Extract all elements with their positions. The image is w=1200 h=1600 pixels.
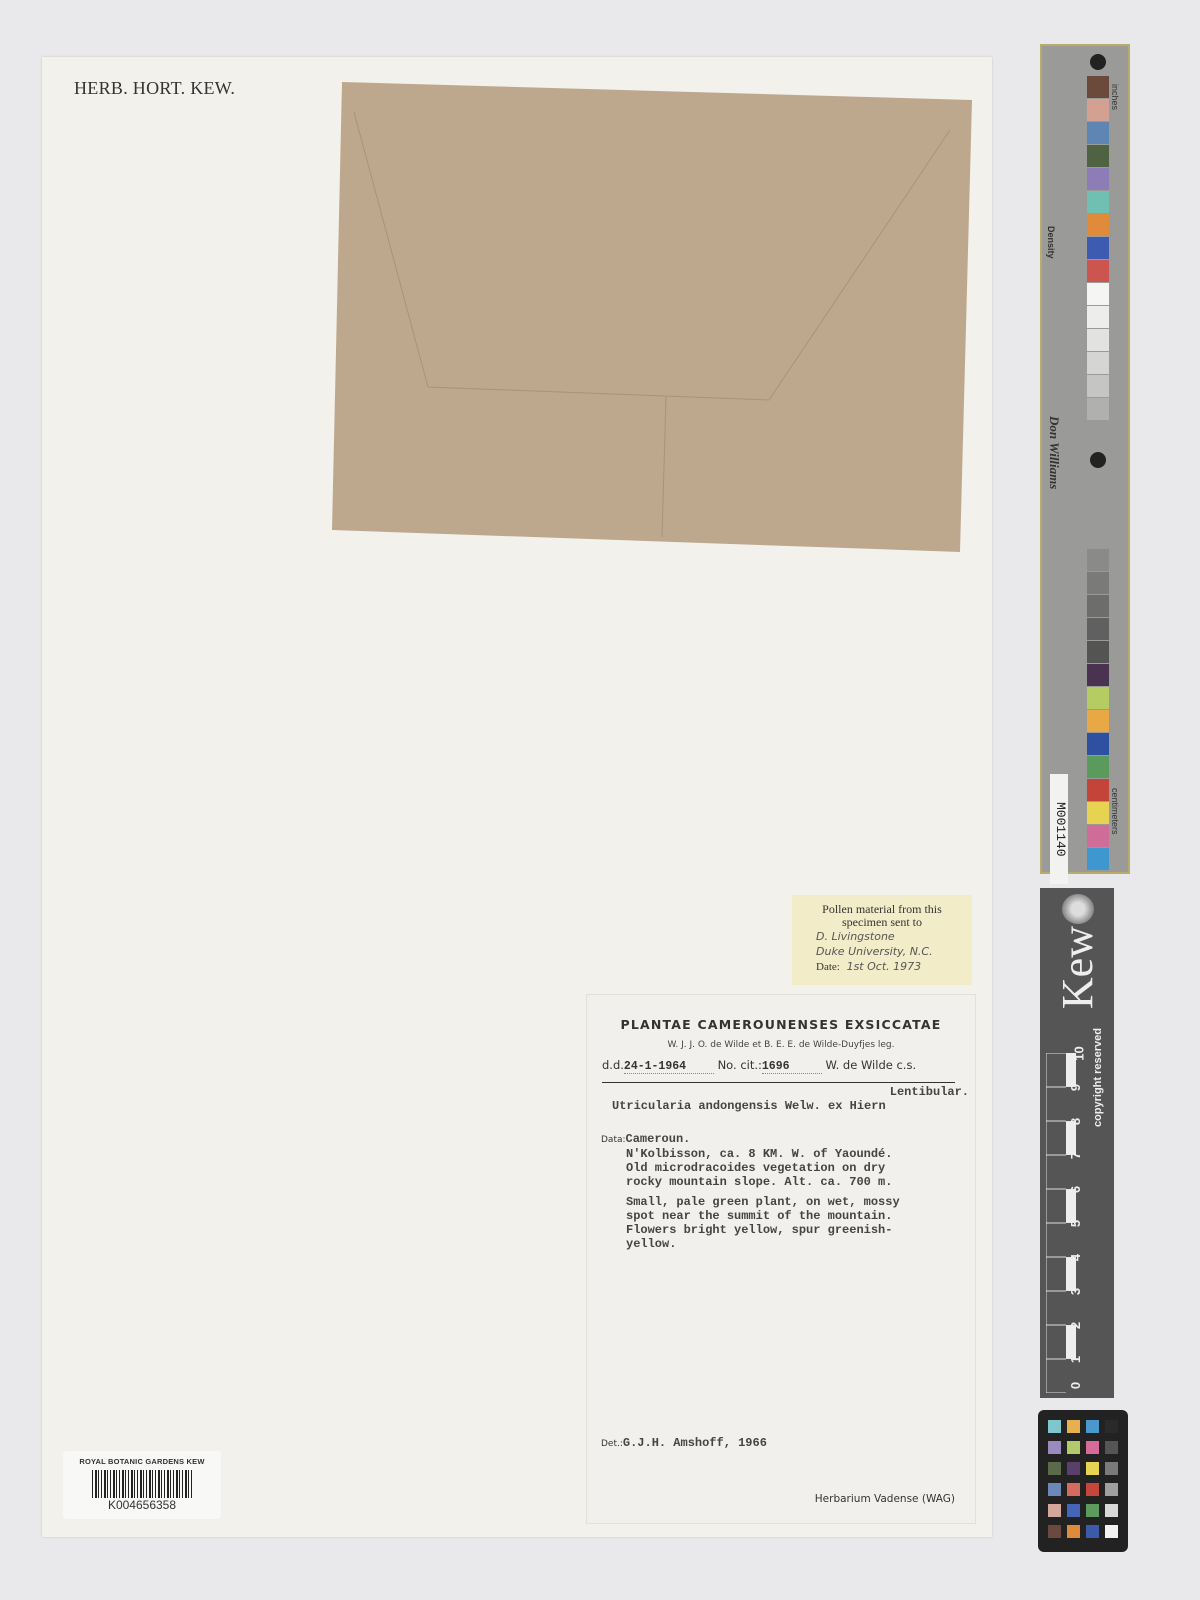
collection-number: 1696 [762,1060,790,1073]
color-swatch [1087,283,1109,305]
kew-brand: Kew [1056,926,1100,1009]
color-swatch [1087,122,1109,144]
color-swatch [1087,99,1109,121]
color-swatch [1087,825,1109,847]
color-swatch [1087,687,1109,709]
herbarium-header: HERB. HORT. KEW. [74,78,235,99]
kew-cm-scale: Kew copyright reserved 10 9 8 7 6 5 4 3 … [1040,888,1114,1398]
scale-num-10: 10 [1072,1046,1087,1060]
scale-num-3: 3 [1068,1288,1083,1295]
checker-cell [1067,1525,1080,1538]
color-swatch [1087,802,1109,824]
collection-date: 24-1-1964 [624,1060,686,1073]
color-density-ruler: inches centimeters Density Don Williams … [1040,44,1130,874]
barcode-org: ROYAL BOTANIC GARDENS KEW [63,1457,221,1466]
checker-cell [1086,1504,1099,1517]
color-swatch [1087,664,1109,686]
ruler-brand: Don Williams [1046,416,1062,489]
scale-num-1: 1 [1068,1356,1083,1363]
scale-num-0: 0 [1068,1382,1083,1389]
color-swatch [1087,375,1109,397]
color-swatch [1087,76,1109,98]
fragment-envelope [332,82,972,552]
checker-cell [1048,1462,1061,1475]
color-swatch [1087,214,1109,236]
locality-data: Data:Cameroun. N'Kolbisson, ca. 8 KM. W.… [601,1129,975,1189]
ruler-hole-icon [1090,54,1106,70]
checker-cell [1105,1441,1118,1454]
label-collectors: W. J. J. O. de Wilde et B. E. E. de Wild… [587,1040,975,1050]
barcode-icon [92,1470,192,1498]
color-swatch [1087,756,1109,778]
scale-num-8: 8 [1068,1118,1083,1125]
color-swatch [1087,595,1109,617]
checker-cell [1048,1483,1061,1496]
determiner: Det.:G.J.H. Amshoff, 1966 [601,1433,767,1451]
color-swatch [1087,352,1109,374]
copyright-text: copyright reserved [1092,1028,1104,1127]
checker-cell [1067,1483,1080,1496]
scale-num-9: 9 [1068,1084,1083,1091]
color-checker [1038,1410,1128,1552]
color-swatch [1087,398,1109,420]
color-swatch [1087,191,1109,213]
color-swatch [1087,168,1109,190]
species-name: Utricularia andongensis Welw. ex Hiern [612,1099,975,1113]
scale-num-4: 4 [1068,1254,1083,1261]
checker-cell [1105,1483,1118,1496]
checker-cell [1086,1525,1099,1538]
color-swatch [1087,549,1109,571]
checker-cell [1067,1420,1080,1433]
checker-cell [1086,1420,1099,1433]
color-swatch [1087,779,1109,801]
color-swatch [1087,710,1109,732]
checker-cell [1086,1462,1099,1475]
scale-num-2: 2 [1068,1322,1083,1329]
label-title: PLANTAE CAMEROUNENSES EXSICCATAE [587,1017,975,1032]
scale-num-6: 6 [1068,1186,1083,1193]
color-swatch [1087,848,1109,870]
checker-cell [1067,1504,1080,1517]
density-label: Density [1046,226,1056,259]
ruler-id-label: M001140 [1050,774,1068,884]
pollen-recipient: D. Livingstone [816,929,972,944]
checker-cell [1067,1441,1080,1454]
label-date-number-row: d.d.24-1-1964 No. cit.:1696 W. de Wilde … [602,1058,975,1074]
ruler-hole-icon [1090,452,1106,468]
habitat-notes: Small, pale green plant, on wet, mossy s… [626,1195,975,1251]
color-swatch [1087,329,1109,351]
barcode-label: ROYAL BOTANIC GARDENS KEW K004656358 [63,1451,221,1519]
ruler-inches-label: inches [1110,84,1120,110]
checker-cell [1105,1525,1118,1538]
color-swatch [1087,237,1109,259]
checker-cell [1086,1441,1099,1454]
color-swatch [1087,306,1109,328]
color-swatch [1087,733,1109,755]
checker-cell [1048,1525,1061,1538]
pollen-institution: Duke University, N.C. [816,944,972,959]
pollen-date-row: Date: 1st Oct. 1973 [816,959,972,974]
barcode-number: K004656358 [63,1498,221,1512]
color-swatch [1087,526,1109,548]
pollen-printed-text: Pollen material from this specimen sent … [792,903,972,929]
label-divider [602,1082,955,1083]
ruler-cm-label: centimeters [1110,788,1120,835]
kew-crest-icon [1062,894,1094,924]
checker-cell [1048,1504,1061,1517]
family-name: Lentibular. [587,1085,969,1099]
checker-cell [1105,1504,1118,1517]
color-swatch [1087,618,1109,640]
checker-cell [1048,1441,1061,1454]
checker-cell [1105,1420,1118,1433]
color-swatch [1087,641,1109,663]
scale-num-5: 5 [1068,1220,1083,1227]
color-swatch [1087,572,1109,594]
checker-cell [1086,1483,1099,1496]
checker-cell [1048,1420,1061,1433]
collection-label: PLANTAE CAMEROUNENSES EXSICCATAE W. J. J… [586,994,976,1524]
checker-cell [1105,1462,1118,1475]
institution-name: Herbarium Vadense (WAG) [815,1493,955,1505]
checker-cell [1067,1462,1080,1475]
scale-num-7: 7 [1068,1152,1083,1159]
color-swatch [1087,260,1109,282]
pollen-annotation-label: Pollen material from this specimen sent … [792,895,972,985]
color-swatch [1087,145,1109,167]
